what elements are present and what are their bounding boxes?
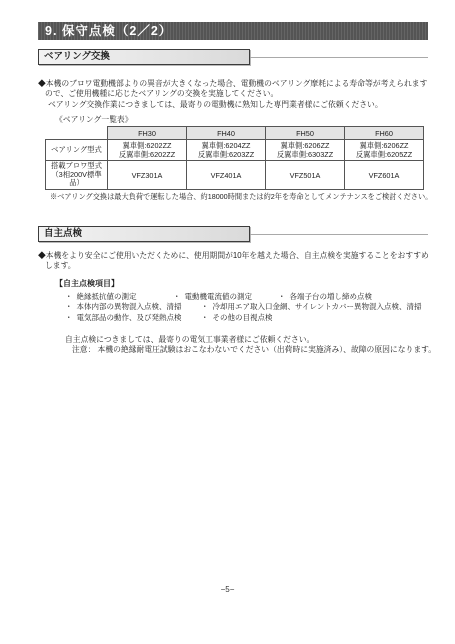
page-number: −5− — [0, 585, 455, 594]
bearing-front-fh60: 翼車側:6206ZZ — [345, 141, 423, 150]
bearing-front-fh30: 翼車側:6202ZZ — [108, 141, 186, 150]
bearing-front-fh40: 翼車側:6204ZZ — [187, 141, 265, 150]
bearing-cell-fh30: 翼車側:6202ZZ 反翼車側:6202ZZ — [108, 140, 187, 161]
section-rule — [250, 57, 428, 58]
chapter-title-band: 9. 保守点検（2／2） — [38, 22, 428, 40]
bearing-rear-fh40: 反翼車側:6203ZZ — [187, 150, 265, 159]
row-label-blower-model: 搭載ブロワ型式 （3相200V標準品） — [46, 161, 108, 190]
bearing-table-header-row: FH30 FH40 FH50 FH60 — [46, 127, 424, 140]
model-fh50: VFZ501A — [266, 161, 345, 190]
spacer — [38, 65, 428, 79]
section-rule — [250, 234, 428, 235]
inspection-items-row1: ・絶縁抵抗値の測定 ・電動機電流値の測定 ・各端子台の増し締め点検 — [38, 291, 428, 302]
row-label-bearing-type: ベアリング型式 — [46, 140, 108, 161]
bearing-type-row: ベアリング型式 翼車側:6202ZZ 反翼車側:6202ZZ 翼車側:6204Z… — [46, 140, 424, 161]
list-item: ・本体内部の異物混入点検、清掃 — [65, 301, 182, 312]
list-item: ・各端子台の増し締め点検 — [278, 291, 372, 302]
bullet-marker: ・ — [201, 302, 209, 311]
section-heading-self-inspection: 自主点検 — [38, 226, 250, 242]
bearing-paragraph-line3: ベアリング交換作業につきましては、最寄りの電動機に熟知した専門業者様にご依頼くだ… — [38, 100, 428, 110]
bearing-paragraph-line2: ので、ご使用機種に応じたベアリングの交換を実施してください。 — [38, 89, 428, 99]
column-header-fh60: FH60 — [345, 127, 424, 140]
column-header-fh30: FH30 — [108, 127, 187, 140]
list-item: ・絶縁抵抗値の測定 — [65, 291, 137, 302]
page-content: 9. 保守点検（2／2） ベアリング交換 ◆本機のブロワ電動機部よりの異音が大き… — [38, 22, 428, 356]
bearing-cell-fh60: 翼車側:6206ZZ 反翼車側:6205ZZ — [345, 140, 424, 161]
blower-model-row: 搭載ブロワ型式 （3相200V標準品） VFZ301A VFZ401A VFZ5… — [46, 161, 424, 190]
model-fh40: VFZ401A — [187, 161, 266, 190]
list-item-label: 各端子台の増し締め点検 — [290, 292, 373, 301]
bullet-marker: ・ — [173, 292, 181, 301]
bearing-table-caption: 《ベアリング一覧表》 — [55, 114, 428, 125]
self-inspection-paragraph: ◆本機をより安全にご使用いただくために、使用期間が10年を越えた場合、自主点検を… — [38, 251, 428, 272]
spacer — [38, 242, 428, 251]
list-item-label: その他の目視点検 — [213, 313, 273, 322]
bearing-paragraph-line1: ◆本機のブロワ電動機部よりの異音が大きくなった場合、電動機のベアリング摩耗による… — [38, 79, 428, 89]
bearing-rear-fh50: 反翼車側:6303ZZ — [266, 150, 344, 159]
document-page: 9. 保守点検（2／2） ベアリング交換 ◆本機のブロワ電動機部よりの異音が大き… — [0, 0, 455, 644]
spacer — [38, 323, 428, 335]
bullet-marker: ・ — [65, 292, 73, 301]
list-item: ・電気部品の動作、及び発熱点検 — [65, 312, 182, 323]
bullet-marker: ・ — [65, 302, 73, 311]
inspection-items-title: 【自主点検項目】 — [55, 278, 428, 289]
bearing-rear-fh60: 反翼車側:6205ZZ — [345, 150, 423, 159]
table-corner-cell — [46, 127, 108, 140]
self-inspection-line2: します。 — [38, 261, 428, 271]
section-heading-bearing: ベアリング交換 — [38, 49, 250, 65]
bearing-paragraph: ◆本機のブロワ電動機部よりの異音が大きくなった場合、電動機のベアリング摩耗による… — [38, 79, 428, 110]
list-item-label: 電動機電流値の測定 — [185, 292, 253, 301]
list-item-label: 冷却用エア取入口金網、サイレントカバー異物混入点検、清掃 — [213, 302, 422, 311]
model-fh30: VFZ301A — [108, 161, 187, 190]
column-header-fh40: FH40 — [187, 127, 266, 140]
list-item-label: 本体内部の異物混入点検、清掃 — [77, 302, 182, 311]
list-item-label: 電気部品の動作、及び発熱点検 — [77, 313, 182, 322]
column-header-fh50: FH50 — [266, 127, 345, 140]
bearing-cell-fh50: 翼車側:6206ZZ 反翼車側:6303ZZ — [266, 140, 345, 161]
bullet-marker: ・ — [201, 313, 209, 322]
closing-line1: 自主点検につきましては、最寄りの電気工事業者様にご依頼ください。 — [65, 335, 428, 346]
inspection-items-row3: ・電気部品の動作、及び発熱点検 ・その他の目視点検 — [38, 312, 428, 323]
list-item: ・その他の目視点検 — [201, 312, 273, 323]
bearing-front-fh50: 翼車側:6206ZZ — [266, 141, 344, 150]
closing-text: 自主点検につきましては、最寄りの電気工事業者様にご依頼ください。 注意： 本機の… — [38, 335, 428, 356]
list-item: ・冷却用エア取入口金網、サイレントカバー異物混入点検、清掃 — [201, 301, 422, 312]
model-fh60: VFZ601A — [345, 161, 424, 190]
inspection-items-row2: ・本体内部の異物混入点検、清掃 ・冷却用エア取入口金網、サイレントカバー異物混入… — [38, 301, 428, 312]
row-label-blower-model-line2: （3相200V標準品） — [46, 171, 107, 188]
bearing-cell-fh40: 翼車側:6204ZZ 反翼車側:6203ZZ — [187, 140, 266, 161]
section-header-self-inspection: 自主点検 — [38, 226, 428, 242]
bearing-table-note: ※ベアリング交換は最大負荷で運転した場合、約18000時間または約2年を寿命とし… — [50, 192, 428, 202]
closing-line2: 注意： 本機の絶縁耐電圧試験はおこなわないでください（出荷時に実施済み）、故障の… — [72, 345, 428, 356]
bullet-marker: ・ — [278, 292, 286, 301]
self-inspection-line1: ◆本機をより安全にご使用いただくために、使用期間が10年を越えた場合、自主点検を… — [38, 251, 428, 261]
bearing-rear-fh30: 反翼車側:6202ZZ — [108, 150, 186, 159]
bullet-marker: ・ — [65, 313, 73, 322]
list-item: ・電動機電流値の測定 — [173, 291, 252, 302]
section-header-bearing: ベアリング交換 — [38, 49, 428, 65]
inspection-items-list: ・絶縁抵抗値の測定 ・電動機電流値の測定 ・各端子台の増し締め点検 ・本体内部の… — [38, 291, 428, 323]
list-item-label: 絶縁抵抗値の測定 — [77, 292, 137, 301]
spacer — [38, 202, 428, 226]
bearing-table: FH30 FH40 FH50 FH60 ベアリング型式 翼車側:6202ZZ 反… — [45, 126, 424, 190]
